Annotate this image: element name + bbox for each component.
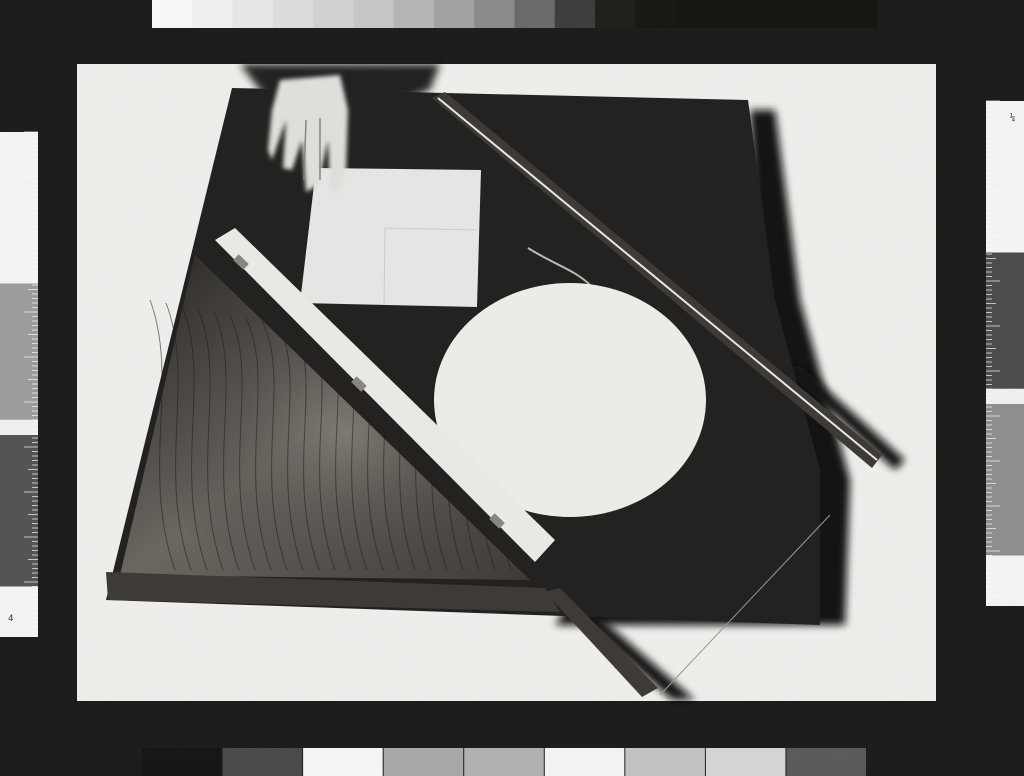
patch-step bbox=[464, 748, 544, 776]
gray-step bbox=[676, 0, 717, 28]
ruler-segment bbox=[986, 556, 1024, 607]
patch-step bbox=[223, 748, 303, 776]
archival-photo-scene: 4 ¼ bbox=[0, 0, 1024, 776]
gray-step bbox=[353, 0, 394, 28]
scale-ruler-right bbox=[986, 101, 1024, 606]
gray-step bbox=[837, 0, 878, 28]
patch-step bbox=[303, 748, 383, 776]
right-ruler-label: ¼ bbox=[1010, 113, 1015, 123]
gray-step bbox=[233, 0, 274, 28]
gray-step bbox=[434, 0, 475, 28]
gray-step bbox=[313, 0, 354, 28]
patch-step bbox=[384, 748, 464, 776]
left-ruler-label: 4 bbox=[8, 614, 13, 624]
gray-step bbox=[796, 0, 837, 28]
ruler-segment bbox=[0, 284, 38, 420]
film-grain bbox=[77, 64, 936, 701]
ruler-segment bbox=[986, 253, 1024, 389]
photo-canvas bbox=[0, 0, 1024, 776]
ruler-segment bbox=[986, 389, 1024, 404]
gray-step bbox=[192, 0, 233, 28]
gray-step bbox=[635, 0, 676, 28]
gray-step bbox=[756, 0, 797, 28]
color-patch-strip-bottom bbox=[142, 748, 866, 776]
patch-step bbox=[786, 748, 866, 776]
gray-step bbox=[555, 0, 596, 28]
gray-step bbox=[595, 0, 636, 28]
patch-step bbox=[706, 748, 786, 776]
patch-step bbox=[142, 748, 222, 776]
patch-step bbox=[545, 748, 625, 776]
scale-ruler-left bbox=[0, 132, 38, 637]
grayscale-step-wedge-top bbox=[152, 0, 878, 28]
ruler-segment bbox=[0, 587, 38, 638]
gray-step bbox=[273, 0, 314, 28]
gray-step bbox=[474, 0, 515, 28]
gray-step bbox=[152, 0, 193, 28]
gray-step bbox=[515, 0, 556, 28]
ruler-segment bbox=[0, 420, 38, 435]
patch-step bbox=[625, 748, 705, 776]
gray-step bbox=[394, 0, 435, 28]
gray-step bbox=[716, 0, 757, 28]
